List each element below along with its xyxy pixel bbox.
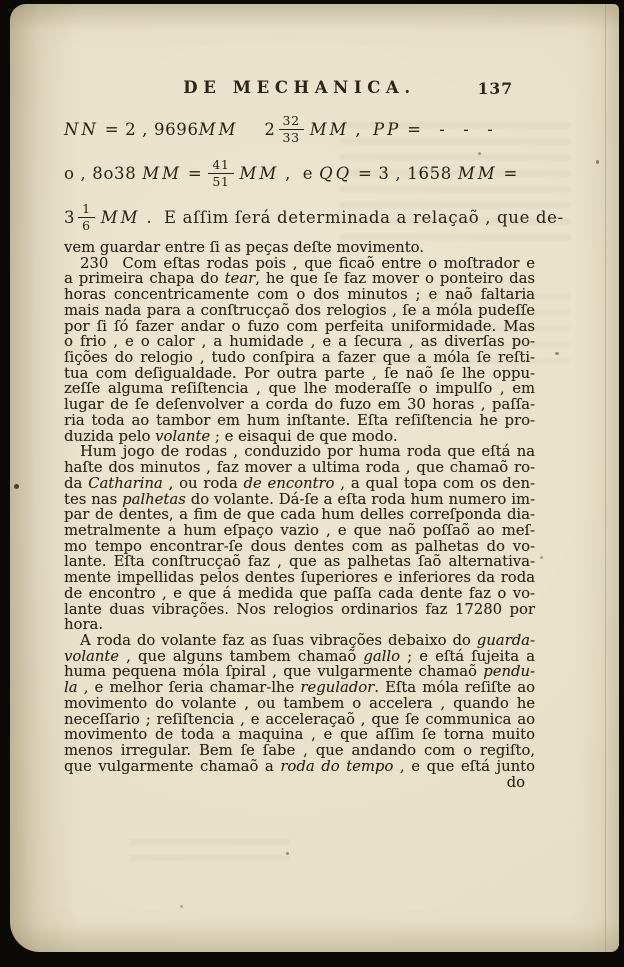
italic-text: PP xyxy=(373,120,401,139)
text-line: neceſſario ; reſiſtencia , e acceleraçaõ… xyxy=(64,712,535,728)
text-line: par de dentes, a fim de que cada hum del… xyxy=(64,507,535,523)
italic-text: pendu- xyxy=(483,663,535,680)
italic-text: Catharina xyxy=(88,475,163,492)
fraction-numerator: 41 xyxy=(208,158,233,174)
text-segment: que vulgarmente chamaõ a xyxy=(64,758,280,775)
text-line: lante duas vibrações. Nos relogios ordin… xyxy=(64,602,535,618)
text-line: volante , que alguns tambem chamaõ gallo… xyxy=(64,649,535,665)
text-line: da Catharina , ou roda de encontro , a q… xyxy=(64,476,535,492)
fraction-whole: 2 xyxy=(264,108,275,152)
text-segment: = 3 , 1658 xyxy=(352,164,458,183)
text-line: menos irregular. Bem ſe ſabe , que andan… xyxy=(64,743,535,759)
text-segment: tes nas xyxy=(64,491,122,508)
text-segment: = 2 , 9696 xyxy=(99,120,199,139)
text-segment: , xyxy=(349,120,373,139)
italic-text: guarda- xyxy=(477,632,535,649)
formula-line: o , 8o38 MM = 4151 MM , e QQ = 3 , 1658 … xyxy=(64,152,535,196)
text-segment: da xyxy=(64,475,88,492)
text-line: que vulgarmente chamaõ a roda do tempo ,… xyxy=(64,759,535,775)
text-segment: movimento de toda a maquina , e que aſſi… xyxy=(64,726,535,743)
text-line: movimento do volante , ou tambem o accel… xyxy=(64,696,535,712)
text-segment: mente impellidas pelos dentes ſuperiores… xyxy=(64,569,535,586)
text-segment: , ou roda xyxy=(163,475,244,492)
book-page: DE MECHANICA. 137 NN = 2 , 9696MM23233 M… xyxy=(10,4,619,952)
fraction-numerator: 32 xyxy=(279,114,304,130)
text-segment: = xyxy=(182,164,208,183)
italic-text: volante xyxy=(155,428,210,445)
text-line: mais nada para a conſtrucçaõ dos relogio… xyxy=(64,303,535,319)
text-segment: o , 8o38 xyxy=(64,164,142,183)
text-line: ſições do relogio , tudo conſpira a faze… xyxy=(64,350,535,366)
italic-text: gallo xyxy=(363,648,400,665)
catchword: do xyxy=(64,775,535,791)
italic-text: MM xyxy=(199,120,239,139)
text-line: duzida pelo volante ; e eisaqui de que m… xyxy=(64,429,535,445)
fraction-stack: 4151 xyxy=(208,158,233,189)
formula-line: NN = 2 , 9696MM23233 MM , PP = - - - xyxy=(64,108,535,152)
italic-text: regulador xyxy=(300,679,374,696)
fraction: 23233 xyxy=(264,108,303,152)
text-segment: ſições do relogio , tudo conſpira a faze… xyxy=(64,349,535,366)
text-segment: mo tempo encontrar-ſe dous dentes com as… xyxy=(64,538,535,555)
text-segment: lante. Eſta conſtrucçaõ faz , que as pal… xyxy=(64,553,535,570)
text-segment: haſte dos minutos , faz mover a ultima r… xyxy=(64,459,535,476)
text-line: la , e melhor ſeria chamar-lhe regulador… xyxy=(64,680,535,696)
text-segment: duzida pelo xyxy=(64,428,155,445)
text-line: de encontro , e que á medida que paſſa c… xyxy=(64,586,535,602)
fraction-whole: 3 xyxy=(64,196,75,240)
verso-showthrough xyxy=(130,839,290,865)
text-segment: menos irregular. Bem ſe ſabe , que andan… xyxy=(64,742,535,759)
text-segment: ria toda ao tambor em hum inſtante. Eſta… xyxy=(64,412,535,429)
text-segment: lugar de ſe deſenvolver a corda do fuzo … xyxy=(64,396,535,413)
page-header: DE MECHANICA. 137 xyxy=(64,78,535,102)
italic-text: MM xyxy=(310,120,350,139)
text-line: Hum jogo de rodas , conduzido por huma r… xyxy=(64,444,535,460)
page-text: NN = 2 , 9696MM23233 MM , PP = - - -o , … xyxy=(64,108,535,791)
text-segment: = xyxy=(498,164,518,183)
text-segment: por ſi ſó fazer andar o fuzo com perfeit… xyxy=(64,318,535,335)
book-scan: DE MECHANICA. 137 NN = 2 , 9696MM23233 M… xyxy=(0,0,624,967)
text-segment: huma pequena móla ſpiral , que vulgarmen… xyxy=(64,663,483,680)
fraction: 316 xyxy=(64,196,95,240)
text-line: huma pequena móla ſpiral , que vulgarmen… xyxy=(64,664,535,680)
text-segment: zeſſe alguma reſiſtencia , que lhe moder… xyxy=(64,380,535,397)
text-segment: Hum jogo de rodas , conduzido por huma r… xyxy=(80,443,535,460)
fraction-denominator: 6 xyxy=(82,218,91,233)
text-line: haſte dos minutos , faz mover a ultima r… xyxy=(64,460,535,476)
page-number: 137 xyxy=(478,79,513,98)
fraction-denominator: 51 xyxy=(212,174,229,189)
text-segment: hora. xyxy=(64,616,103,633)
text-segment: , e xyxy=(279,164,319,183)
fraction: 4151 xyxy=(208,158,233,189)
fraction-stack: 16 xyxy=(78,202,95,233)
text-segment: do volante. Dá-ſe a eſta roda hum numero… xyxy=(186,491,535,508)
text-line: tua com deſigualdade. Por outra parte , … xyxy=(64,366,535,382)
text-segment: . Eſta móla reſiſte ao xyxy=(374,679,535,696)
text-segment: , e melhor ſeria chamar-lhe xyxy=(78,679,301,696)
text-segment: tua com deſigualdade. Por outra parte , … xyxy=(64,365,535,382)
text-line: horas concentricamente com o dos minutos… xyxy=(64,287,535,303)
text-segment: lante duas vibrações. Nos relogios ordin… xyxy=(64,601,535,618)
italic-text: MM xyxy=(101,208,141,227)
italic-text: de encontro xyxy=(243,475,334,492)
text-segment: ; e eſtá ſujeita a xyxy=(400,648,535,665)
text-segment: , e que eſtá junto xyxy=(393,758,535,775)
text-line: lante. Eſta conſtrucçaõ faz , que as pal… xyxy=(64,554,535,570)
italic-text: NN xyxy=(64,120,99,139)
text-segment: o frio , e o calor , a humidade , e a ſe… xyxy=(64,333,535,350)
italic-text: volante xyxy=(64,648,119,665)
text-segment: par de dentes, a fim de que cada hum del… xyxy=(64,506,535,523)
running-title: DE MECHANICA. xyxy=(64,78,535,97)
text-line: mente impellidas pelos dentes ſuperiores… xyxy=(64,570,535,586)
text-segment: , he que ſe faz mover o ponteiro das xyxy=(255,270,535,287)
formula-line: 316 MM . E aſſim ſerá determinada a rela… xyxy=(64,196,535,240)
text-segment: . E aſſim ſerá determinada a relaçaõ , q… xyxy=(140,208,563,227)
text-line: tes nas palhetas do volante. Dá-ſe a eſt… xyxy=(64,492,535,508)
text-segment: metralmente a hum eſpaço vazio , e que n… xyxy=(64,522,535,539)
text-segment: mais nada para a conſtrucçaõ dos relogio… xyxy=(64,302,535,319)
text-line: lugar de ſe deſenvolver a corda do fuzo … xyxy=(64,397,535,413)
italic-text: roda do tempo xyxy=(280,758,393,775)
fraction-denominator: 33 xyxy=(283,130,300,145)
text-segment: , que alguns tambem chamaõ xyxy=(119,648,363,665)
italic-text: MM xyxy=(458,164,498,183)
text-segment: = - - - xyxy=(401,120,493,139)
text-line: movimento de toda a maquina , e que aſſi… xyxy=(64,727,535,743)
text-line: ria toda ao tambor em hum inſtante. Eſta… xyxy=(64,413,535,429)
italic-text: palhetas xyxy=(122,491,186,508)
text-segment: A roda do volante faz as ſuas vibrações … xyxy=(80,632,477,649)
text-line: o frio , e o calor , a humidade , e a ſe… xyxy=(64,334,535,350)
text-segment: horas concentricamente com o dos minutos… xyxy=(64,286,535,303)
text-segment: de encontro , e que á medida que paſſa c… xyxy=(64,585,535,602)
text-segment: do xyxy=(507,774,525,791)
fraction-stack: 3233 xyxy=(279,114,304,145)
text-segment: ; e eisaqui de que modo. xyxy=(210,428,397,445)
text-line: 230 Com eſtas rodas pois , que ficaõ ent… xyxy=(64,256,535,272)
text-segment: neceſſario ; reſiſtencia , e acceleraçaõ… xyxy=(64,711,535,728)
text-line: mo tempo encontrar-ſe dous dentes com as… xyxy=(64,539,535,555)
text-segment: 230 Com eſtas rodas pois , que ficaõ ent… xyxy=(80,255,535,272)
text-line: A roda do volante faz as ſuas vibrações … xyxy=(64,633,535,649)
text-segment: movimento do volante , ou tambem o accel… xyxy=(64,695,535,712)
italic-text: MM xyxy=(239,164,279,183)
fraction-numerator: 1 xyxy=(78,202,95,218)
text-line: a primeira chapa do tear, he que ſe faz … xyxy=(64,271,535,287)
italic-text: QQ xyxy=(319,164,352,183)
text-line: por ſi ſó fazer andar o fuzo com perfeit… xyxy=(64,319,535,335)
text-segment: a primeira chapa do xyxy=(64,270,225,287)
text-line: zeſſe alguma reſiſtencia , que lhe moder… xyxy=(64,381,535,397)
text-segment: vem guardar entre ſi as peças deſte movi… xyxy=(64,239,424,256)
italic-text: tear xyxy=(225,270,256,287)
italic-text: MM xyxy=(142,164,182,183)
text-segment: , a qual topa com os den- xyxy=(334,475,535,492)
text-line: hora. xyxy=(64,617,535,633)
italic-text: la xyxy=(64,679,78,696)
text-line: metralmente a hum eſpaço vazio , e que n… xyxy=(64,523,535,539)
text-line: vem guardar entre ſi as peças deſte movi… xyxy=(64,240,535,256)
